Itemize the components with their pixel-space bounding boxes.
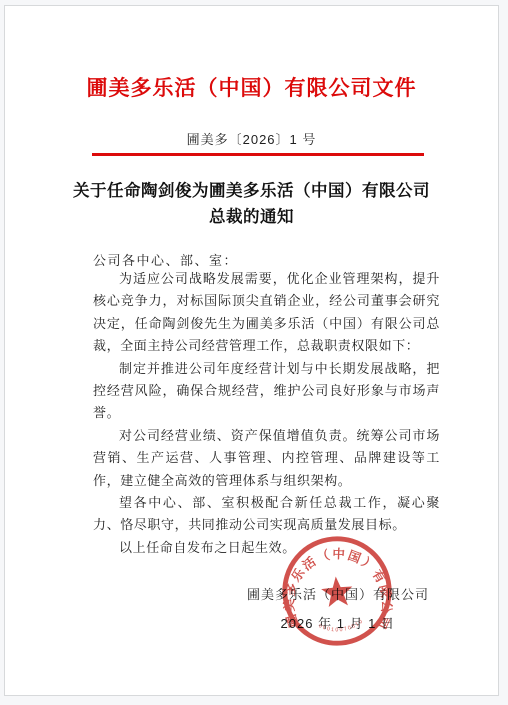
body-paragraph: 对公司经营业绩、资产保值增值负责。统筹公司市场营销、生产运营、人事管理、内控管理… bbox=[93, 425, 440, 492]
star-icon bbox=[320, 575, 354, 607]
salutation: 公司各中心、部、室： bbox=[93, 250, 238, 269]
document-number: 圃美多〔2026〕1 号 bbox=[5, 129, 498, 148]
red-divider-line bbox=[92, 153, 424, 156]
document-page: 圃美多乐活（中国）有限公司文件 圃美多〔2026〕1 号 关于任命陶剑俊为圃美多… bbox=[4, 5, 499, 696]
body-paragraph: 为适应公司战略发展需要，优化企业管理架构，提升核心竞争力，对标国际顶尖直销企业，… bbox=[93, 268, 440, 358]
company-seal-stamp: 圃美多乐活（中国）有限公司 0001007081057 bbox=[274, 528, 400, 654]
document-header-title: 圃美多乐活（中国）有限公司文件 bbox=[5, 72, 498, 102]
notice-title-line2: 总裁的通知 bbox=[5, 204, 498, 230]
body-paragraph: 制定并推进公司年度经营计划与中长期发展战略，把控经营风险，确保合规经营，维护公司… bbox=[93, 358, 440, 425]
notice-title: 关于任命陶剑俊为圃美多乐活（中国）有限公司 总裁的通知 bbox=[5, 178, 498, 230]
notice-title-line1: 关于任命陶剑俊为圃美多乐活（中国）有限公司 bbox=[5, 178, 498, 204]
document-body: 为适应公司战略发展需要，优化企业管理架构，提升核心竞争力，对标国际顶尖直销企业，… bbox=[93, 268, 440, 559]
